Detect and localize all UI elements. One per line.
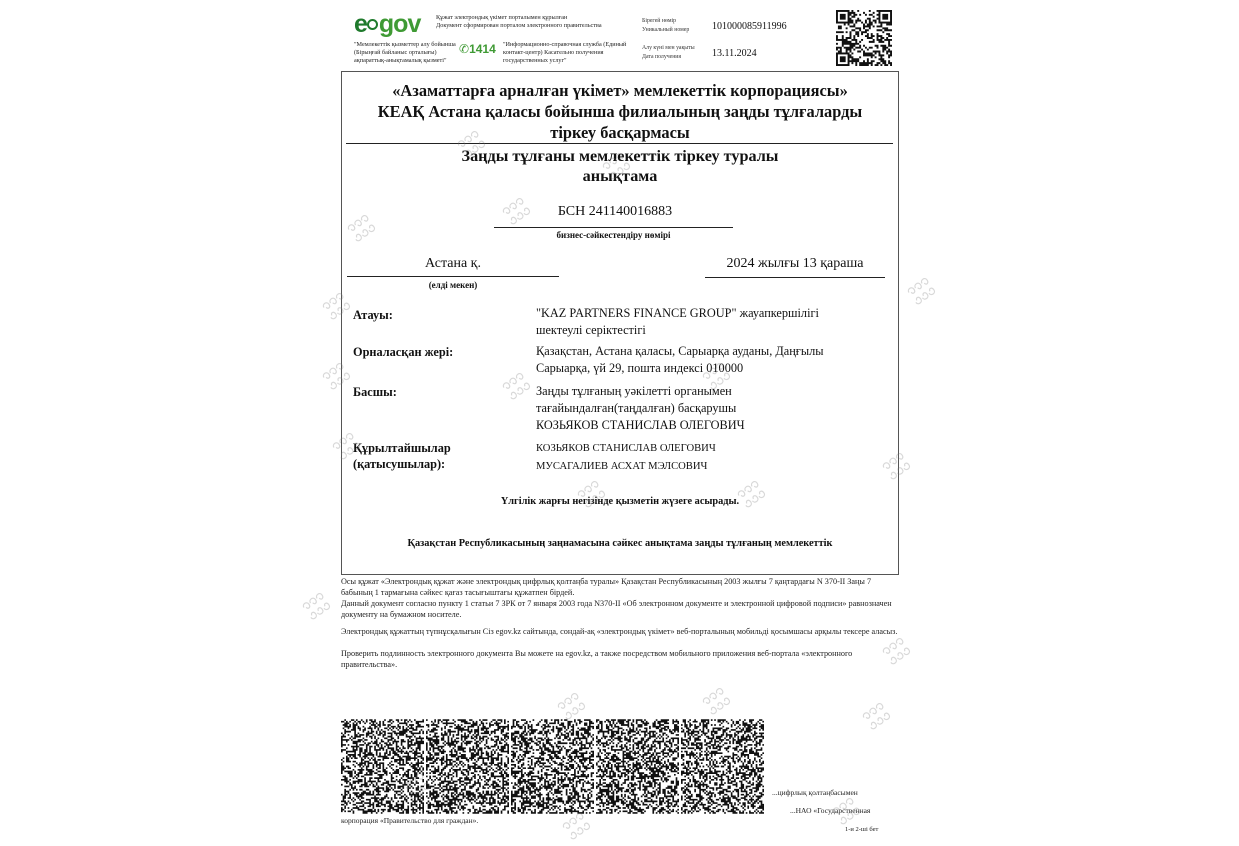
service-info-kz: "Мемлекеттік қызметтер алу бойынша (Біры…: [354, 41, 466, 65]
verify-text-ru: Проверить подлинность электронного докум…: [341, 648, 899, 670]
hotline-number: ✆1414: [459, 42, 496, 56]
issue-date-underline: [705, 277, 885, 278]
field-label-name: Атауы:: [353, 307, 393, 323]
company-name-line-2: шектеулі серіктестігі: [536, 322, 886, 339]
founder-item: КОЗЬЯКОВ СТАНИСЛАВ ОЛЕГОВИЧ: [536, 440, 886, 458]
ornament-watermark-icon: [600, 150, 634, 184]
address-line-1: Қазақстан, Астана қаласы, Сарыарқа аудан…: [536, 343, 886, 360]
phone-icon: ✆: [459, 42, 469, 56]
ornament-watermark-icon: [880, 450, 914, 484]
barcode-caption-ru-2: корпорация «Правительство для граждан».: [341, 816, 478, 825]
issuer-line-2: КЕАҚ Астана қаласы бойынша филиалының за…: [341, 101, 899, 122]
hotline-text: 1414: [469, 42, 496, 56]
unique-number-label: Бірегей нөмір Уникальный номер: [642, 17, 689, 35]
portal-caption: Құжат электрондық үкімет порталымен құры…: [436, 14, 602, 30]
issuer-line-1: «Азаматтарға арналған үкімет» мемлекетті…: [341, 80, 899, 101]
issuer-line-3: тіркеу басқармасы: [341, 122, 899, 143]
ornament-watermark-icon: [860, 700, 894, 734]
received-date-label: Алу күні мен уақыты Дата получения: [642, 44, 695, 62]
qr-code-icon: [681, 719, 764, 814]
document-page: egov Құжат электрондық үкімет порталымен…: [0, 0, 1239, 846]
ornament-watermark-icon: [880, 635, 914, 669]
ornament-watermark-icon: [700, 360, 734, 394]
qr-code-icon: [426, 719, 509, 814]
portal-caption-ru: Документ сформирован порталом электронно…: [436, 22, 602, 30]
founders-label-line-2: (қатысушылар):: [353, 456, 451, 472]
founders-label-line-1: Құрылтайшылар: [353, 440, 451, 456]
bin-caption: бизнес-сәйкестендіру нөмірі: [494, 230, 733, 240]
received-date: 13.11.2024: [712, 48, 757, 59]
ornament-watermark-icon: [400, 770, 434, 804]
ornament-watermark-icon: [735, 478, 769, 512]
locality-value: Астана қ.: [347, 256, 559, 272]
legal-note: Қазақстан Республикасының заңнамасына сә…: [341, 538, 899, 549]
ornament-watermark-icon: [320, 360, 354, 394]
logo-e: e: [354, 10, 367, 38]
locality-underline: [347, 276, 559, 277]
logo-dot-icon: [367, 19, 378, 30]
ornament-watermark-icon: [345, 212, 379, 246]
field-label-address: Орналасқан жері:: [353, 344, 453, 360]
unique-number: 101000085911996: [712, 21, 787, 32]
ornament-watermark-icon: [905, 275, 939, 309]
qr-code-icon: [596, 719, 679, 814]
field-value-founders: КОЗЬЯКОВ СТАНИСЛАВ ОЛЕГОВИЧ МУСАГАЛИЕВ А…: [536, 440, 886, 476]
charter-note: Үлгілік жарғы негізінде қызметін жүзеге …: [341, 496, 899, 507]
legal-text-ru: Данный документ согласно пункту 1 статьи…: [341, 598, 899, 620]
service-info-ru: "Информационно-справочная служба (Единый…: [503, 41, 633, 65]
head-name: КОЗЬЯКОВ СТАНИСЛАВ ОЛЕГОВИЧ: [536, 417, 886, 434]
field-label-head: Басшы:: [353, 384, 397, 400]
unique-number-label-kz: Бірегей нөмір: [642, 17, 689, 26]
received-date-label-kz: Алу күні мен уақыты: [642, 44, 695, 53]
issue-date-value: 2024 жылғы 13 қараша: [700, 256, 890, 272]
ornament-watermark-icon: [500, 370, 534, 404]
field-value-name: "KAZ PARTNERS FINANCE GROUP" жауапкершіл…: [536, 305, 886, 339]
ornament-watermark-icon: [575, 478, 609, 512]
ornament-watermark-icon: [320, 290, 354, 324]
ornament-watermark-icon: [300, 590, 334, 624]
logo-gov: gov: [379, 10, 420, 38]
portal-caption-kz: Құжат электрондық үкімет порталымен құры…: [436, 14, 602, 22]
issuer-heading: «Азаматтарға арналған үкімет» мемлекетті…: [341, 80, 899, 143]
ornament-watermark-icon: [830, 795, 864, 829]
qr-code-icon: [836, 10, 892, 66]
egov-logo: egov: [354, 10, 420, 38]
company-name-line-1: "KAZ PARTNERS FINANCE GROUP" жауапкершіл…: [536, 305, 886, 322]
unique-number-label-ru: Уникальный номер: [642, 26, 689, 35]
heading-divider: [346, 143, 893, 144]
qr-code-icon: [511, 719, 594, 814]
legal-text-kz: Осы құжат «Электрондық құжат және электр…: [341, 576, 899, 598]
received-date-label-ru: Дата получения: [642, 53, 695, 62]
locality-caption: (елді мекен): [347, 280, 559, 290]
verify-text-kz: Электрондық құжаттың түпнұсқалығын Сіз e…: [341, 626, 899, 637]
ornament-watermark-icon: [455, 128, 489, 162]
field-label-founders: Құрылтайшылар (қатысушылар):: [353, 440, 451, 472]
ornament-watermark-icon: [330, 430, 364, 464]
founder-item: МУСАГАЛИЕВ АСХАТ МЭЛСОВИЧ: [536, 458, 886, 476]
ornament-watermark-icon: [560, 810, 594, 844]
ornament-watermark-icon: [500, 195, 534, 229]
ornament-watermark-icon: [700, 685, 734, 719]
ornament-watermark-icon: [555, 690, 589, 724]
head-line-2: тағайындалған(таңдалған) басқарушы: [536, 400, 886, 417]
